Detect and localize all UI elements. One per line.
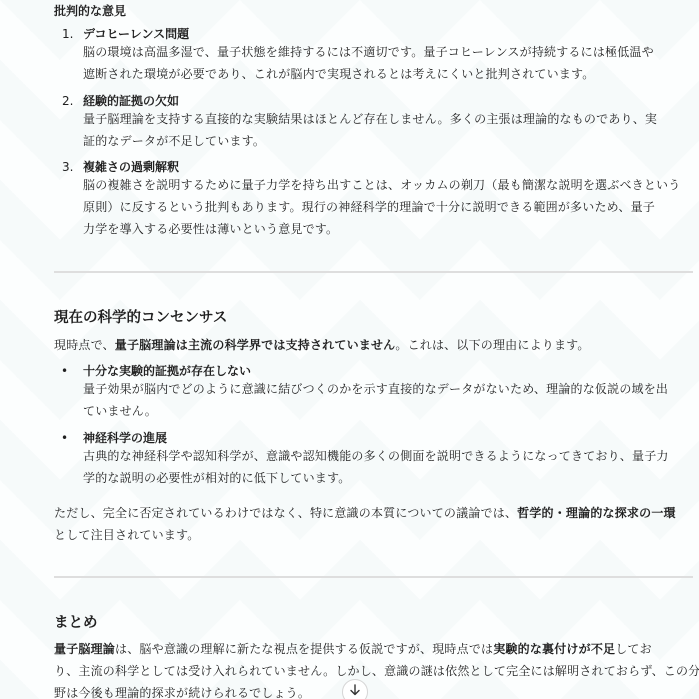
body-line: 脳の複雑さを説明するために量子力学を持ち出すことは、オッカムの剃刀（最も簡潔な説… bbox=[83, 174, 695, 196]
scroll-to-bottom-button[interactable] bbox=[342, 679, 368, 699]
text: ただし、完全に否定されているわけではなく、特に意識の本質についての議論では、 bbox=[54, 506, 517, 520]
closing-line: ただし、完全に否定されているわけではなく、特に意識の本質についての議論では、哲学… bbox=[54, 502, 694, 524]
body-line: 学的な説明の必要性が相対的に低下しています。 bbox=[83, 467, 695, 489]
bullet-marker: • bbox=[61, 429, 68, 447]
body-line: 古典的な神経科学や認知科学が、意識や認知機能の多くの側面を説明できるようになって… bbox=[83, 445, 695, 467]
text: してお bbox=[615, 642, 652, 656]
criticism-heading: 批判的な意見 bbox=[54, 2, 126, 20]
section-divider bbox=[54, 271, 693, 273]
list-marker: 1. bbox=[62, 25, 73, 43]
summary-heading: まとめ bbox=[54, 613, 98, 633]
body-line: 量子効果が脳内でどのように意識に結びつくのかを示す直接的なデータがないため、理論… bbox=[83, 378, 695, 400]
body-line: 脳の環境は高温多湿で、量子状態を維持するには不適切です。量子コヒーレンスが持続す… bbox=[83, 41, 695, 63]
body-line: 原則）に反するという批判もあります。現行の神経科学的理論で十分に説明できる範囲が… bbox=[83, 196, 695, 218]
body-line: ていません。 bbox=[83, 400, 695, 422]
list-marker: 3. bbox=[62, 158, 73, 176]
section-divider bbox=[54, 576, 693, 578]
bold-text: 実験的な裏付けが不足 bbox=[493, 642, 615, 656]
list-marker: 2. bbox=[62, 92, 73, 110]
body-line: 力学を導入する必要性は薄いという意見です。 bbox=[83, 218, 695, 240]
summary-line: 量子脳理論は、脳や意識の理解に新たな視点を提供する仮説ですが、現時点では実験的な… bbox=[54, 638, 694, 660]
criticism-item-body: 脳の環境は高温多湿で、量子状態を維持するには不適切です。量子コヒーレンスが持続す… bbox=[83, 41, 695, 85]
summary-line: 野は今後も理論的探求が続けられるでしょう。 bbox=[54, 682, 694, 699]
bold-text: 量子脳理論は主流の科学界では支持されていません bbox=[115, 338, 396, 352]
consensus-item-body: 古典的な神経科学や認知科学が、意識や認知機能の多くの側面を説明できるようになって… bbox=[83, 445, 695, 489]
arrow-down-icon bbox=[349, 684, 361, 696]
text: 現時点で、 bbox=[54, 338, 115, 352]
intro-line: 現時点で、量子脳理論は主流の科学界では支持されていません。これは、以下の理由によ… bbox=[54, 334, 694, 356]
text: は、脳や意識の理解に新たな視点を提供する仮説ですが、現時点では bbox=[115, 642, 493, 656]
body-line: 遮断された環境が必要であり、これが脳内で実現されるとは考えにくいと批判されていま… bbox=[83, 63, 695, 85]
consensus-item-body: 量子効果が脳内でどのように意識に結びつくのかを示す直接的なデータがないため、理論… bbox=[83, 378, 695, 422]
body-line: 量子脳理論を支持する直接的な実験結果はほとんど存在しません。多くの主張は理論的な… bbox=[83, 108, 695, 130]
text: 。これは、以下の理由によります。 bbox=[395, 338, 589, 352]
summary-line: り、主流の科学としては受け入れられていません。しかし、意識の謎は依然として完全に… bbox=[54, 660, 694, 682]
criticism-item-body: 量子脳理論を支持する直接的な実験結果はほとんど存在しません。多くの主張は理論的な… bbox=[83, 108, 695, 152]
bullet-marker: • bbox=[61, 362, 68, 380]
criticism-item-body: 脳の複雑さを説明するために量子力学を持ち出すことは、オッカムの剃刀（最も簡潔な説… bbox=[83, 174, 695, 240]
consensus-heading: 現在の科学的コンセンサス bbox=[54, 308, 227, 328]
body-line: 証的なデータが不足しています。 bbox=[83, 130, 695, 152]
consensus-intro: 現時点で、量子脳理論は主流の科学界では支持されていません。これは、以下の理由によ… bbox=[54, 334, 694, 356]
closing-line: として注目されています。 bbox=[54, 524, 694, 546]
bold-text: 量子脳理論 bbox=[54, 642, 115, 656]
consensus-closing: ただし、完全に否定されているわけではなく、特に意識の本質についての議論では、哲学… bbox=[54, 502, 694, 546]
bold-text: 哲学的・理論的な探求の一環 bbox=[517, 506, 676, 520]
summary-paragraph: 量子脳理論は、脳や意識の理解に新たな視点を提供する仮説ですが、現時点では実験的な… bbox=[54, 638, 694, 699]
